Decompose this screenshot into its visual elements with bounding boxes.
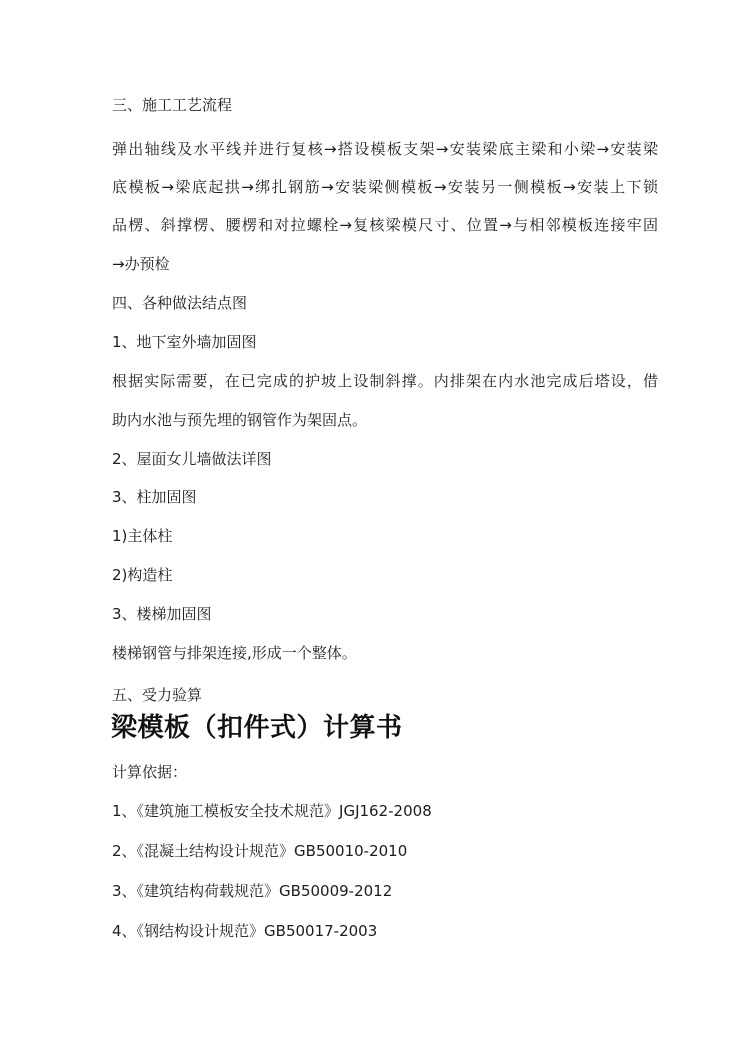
reference-item-4: 4、《钢结构设计规范》GB50017-2003 <box>112 923 377 940</box>
flow-paragraph-line-2: 底模板→梁底起拱→绑扎钢筋→安装梁侧模板→安装另一侧模板→安装上下锁 <box>112 179 658 196</box>
detail-3-heading: 3、柱加固图 <box>112 489 197 506</box>
detail-1-text-line-2: 助内水池与预先埋的钢管作为架固点。 <box>112 412 367 429</box>
flow-paragraph-line-4: →办预检 <box>112 256 170 273</box>
flow-paragraph-line-3: 品楞、斜撑楞、腰楞和对拉螺栓→复核梁模尺寸、位置→与相邻模板连接牢固 <box>112 217 658 234</box>
calc-book-title: 梁模板（扣件式）计算书 <box>111 714 403 743</box>
detail-3-sub-1: 1)主体柱 <box>112 528 172 545</box>
detail-4-heading: 3、楼梯加固图 <box>112 606 212 623</box>
section-3-heading: 三、施工工艺流程 <box>112 97 232 114</box>
detail-4-text: 楼梯钢管与排架连接,形成一个整体。 <box>112 645 357 662</box>
reference-item-2: 2、《混凝土结构设计规范》GB50010-2010 <box>112 843 407 860</box>
section-5-heading: 五、受力验算 <box>112 687 202 704</box>
detail-1-heading: 1、地下室外墙加固图 <box>112 334 257 351</box>
detail-3-sub-2: 2)构造柱 <box>112 567 172 584</box>
calc-basis-label: 计算依据： <box>112 764 187 781</box>
reference-item-1: 1、《建筑施工模板安全技术规范》JGJ162-2008 <box>112 803 432 820</box>
section-4-heading: 四、各种做法结点图 <box>112 295 247 312</box>
detail-2-heading: 2、屋面女儿墙做法详图 <box>112 451 272 468</box>
detail-1-text-line-1: 根据实际需要，在已完成的护坡上设制斜撑。内排架在内水池完成后塔设，借 <box>112 373 658 390</box>
reference-item-3: 3、《建筑结构荷载规范》GB50009-2012 <box>112 883 392 900</box>
flow-paragraph-line-1: 弹出轴线及水平线并进行复核→搭设模板支架→安装梁底主梁和小梁→安装梁 <box>112 141 658 158</box>
document-page: 三、施工工艺流程 弹出轴线及水平线并进行复核→搭设模板支架→安装梁底主梁和小梁→… <box>0 0 744 1052</box>
